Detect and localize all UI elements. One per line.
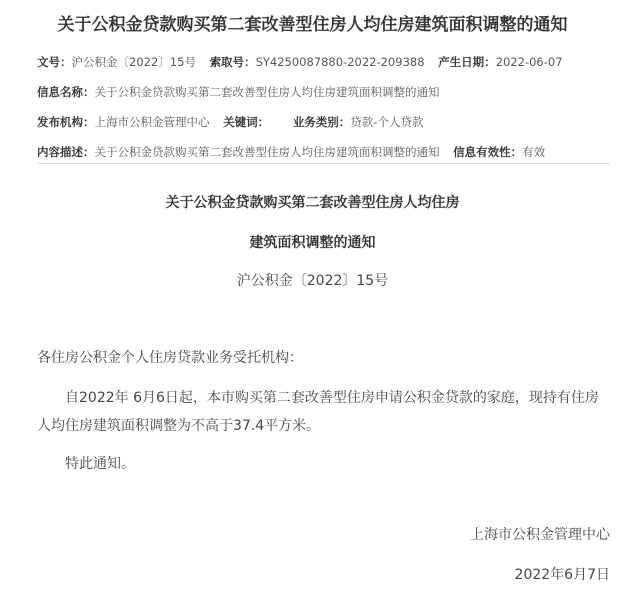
keywords-label: 关键词： xyxy=(223,115,269,129)
validity-label: 信息有效性： xyxy=(453,145,522,159)
info-name-value: 关于公积金贷款购买第二套改善型住房人均住房建筑面积调整的通知 xyxy=(95,85,440,99)
metadata-panel: 文号：沪公积金〔2022〕15号 索取号：SY4250087880-2022-2… xyxy=(37,50,612,170)
metadata-divider xyxy=(37,163,610,164)
meta-row-info-name: 信息名称：关于公积金贷款购买第二套改善型住房人均住房建筑面积调整的通知 xyxy=(37,80,612,110)
salutation: 各住房公积金个人住房贷款业务受托机构： xyxy=(37,344,612,372)
publisher-label: 发布机构： xyxy=(37,115,95,129)
document-heading-line-2: 建筑面积调整的通知 xyxy=(0,232,625,252)
document-number: 沪公积金〔2022〕15号 xyxy=(0,270,625,290)
description-value: 关于公积金贷款购买第二套改善型住房人均住房建筑面积调整的通知 xyxy=(95,145,440,159)
document-heading-line-1: 关于公积金贷款购买第二套改善型住房人均住房 xyxy=(0,192,625,212)
validity-value: 有效 xyxy=(522,145,545,159)
doc-number-label: 文号： xyxy=(37,55,72,69)
info-name-label: 信息名称： xyxy=(37,85,95,99)
date-value: 2022-06-07 xyxy=(496,55,563,69)
index-number-value: SY4250087880-2022-209388 xyxy=(256,55,425,69)
category-value: 贷款-个人贷款 xyxy=(350,115,423,129)
meta-row-description: 内容描述：关于公积金贷款购买第二套改善型住房人均住房建筑面积调整的通知 信息有效… xyxy=(37,140,612,170)
signature-organization: 上海市公积金管理中心 xyxy=(470,524,610,544)
publisher-value: 上海市公积金管理中心 xyxy=(95,115,210,129)
meta-row-publisher: 发布机构：上海市公积金管理中心 关键词： 业务类别：贷款-个人贷款 xyxy=(37,110,612,140)
meta-row-doc-info: 文号：沪公积金〔2022〕15号 索取号：SY4250087880-2022-2… xyxy=(37,50,612,80)
body-paragraph-1: 自2022年 6月6日起，本市购买第二套改善型住房申请公积金贷款的家庭，现持有住… xyxy=(37,384,612,440)
body-paragraph-2: 特此通知。 xyxy=(37,450,612,478)
description-label: 内容描述： xyxy=(37,145,95,159)
date-label: 产生日期： xyxy=(438,55,496,69)
category-label: 业务类别： xyxy=(293,115,351,129)
index-number-label: 索取号： xyxy=(210,55,256,69)
page-title: 关于公积金贷款购买第二套改善型住房人均住房建筑面积调整的通知 xyxy=(0,10,625,35)
doc-number-value: 沪公积金〔2022〕15号 xyxy=(72,55,196,69)
signature-date: 2022年6月7日 xyxy=(515,564,610,584)
